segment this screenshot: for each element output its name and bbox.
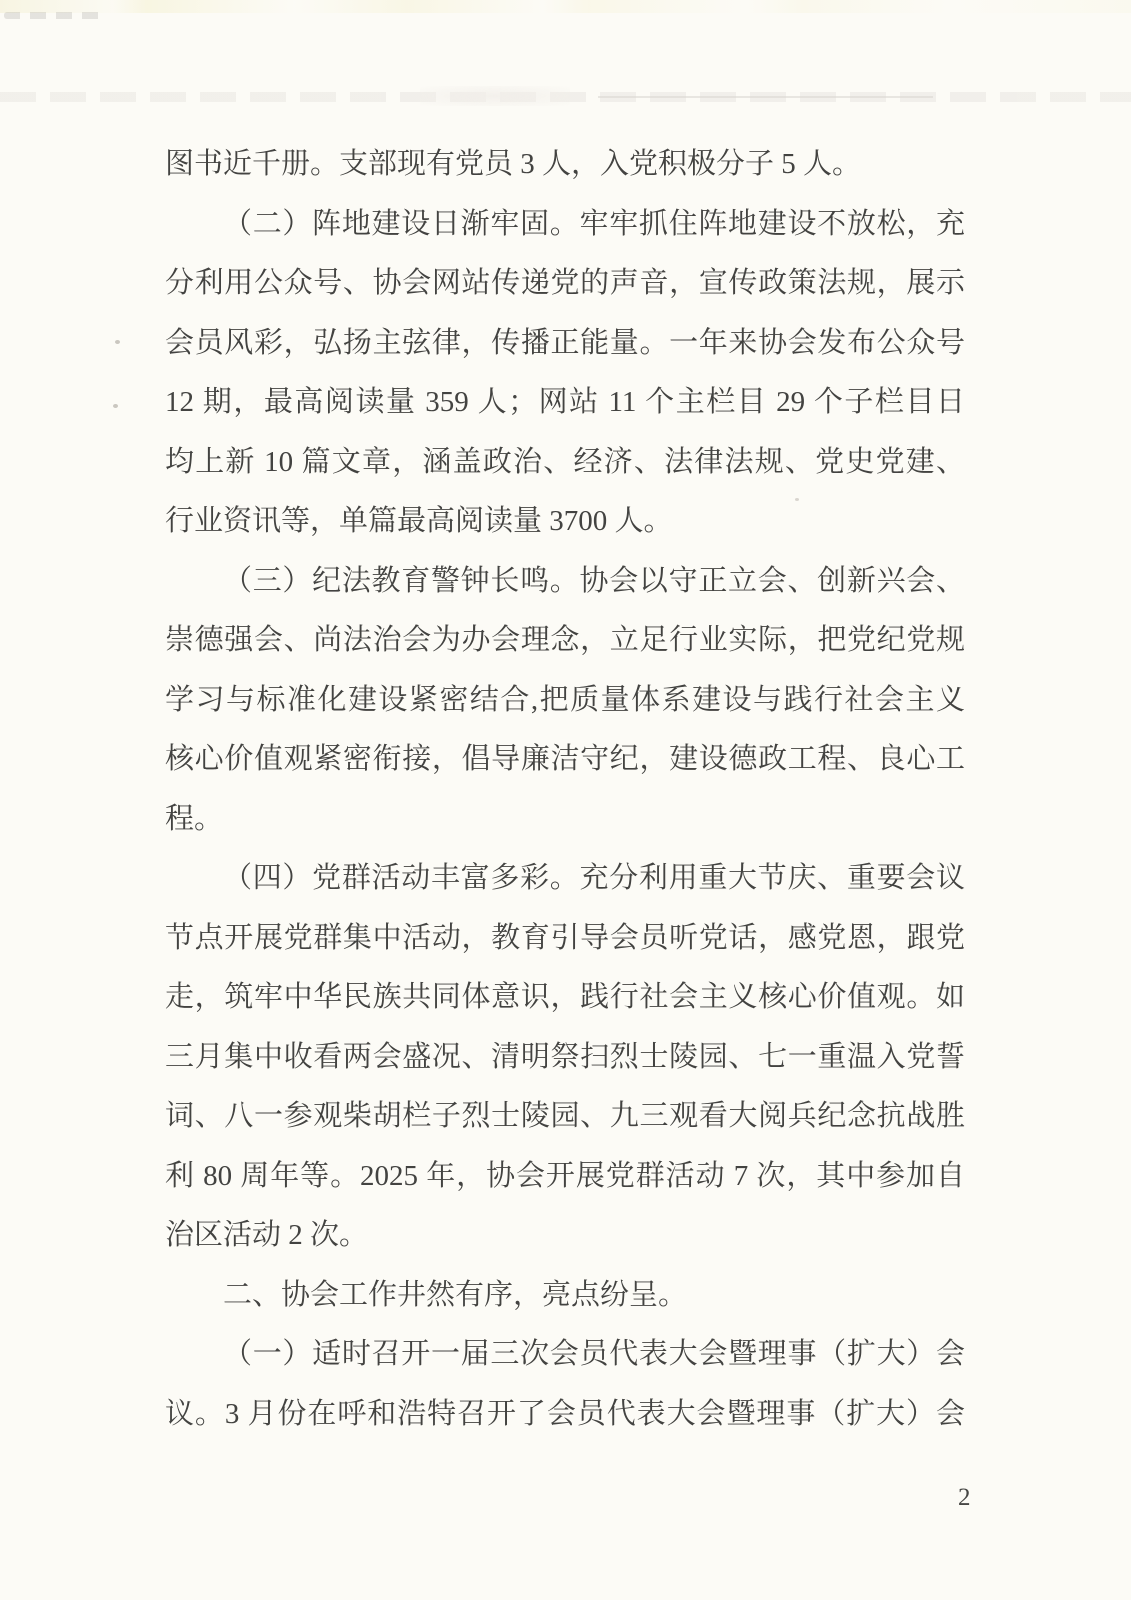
text-line: 程。 — [165, 790, 965, 850]
text-line: （一）适时召开一届三次会员代表大会暨理事（扩大）会 — [165, 1325, 965, 1385]
text-line: （四）党群活动丰富多彩。充分利用重大节庆、重要会议 — [165, 849, 965, 909]
text-line: 分利用公众号、协会网站传递党的声音，宣传政策法规，展示 — [165, 254, 965, 314]
text-line: 二、协会工作井然有序，亮点纷呈。 — [165, 1266, 965, 1326]
text-line: 会员风彩，弘扬主弦律，传播正能量。一年来协会发布公众号 — [165, 314, 965, 374]
text-line: 词、八一参观柴胡栏子烈士陵园、九三观看大阅兵纪念抗战胜 — [165, 1087, 965, 1147]
scan-artifact-dash-band — [0, 92, 1131, 102]
text-line: 议。3 月份在呼和浩特召开了会员代表大会暨理事（扩大）会 — [165, 1385, 965, 1445]
scanned-document-page: 图书近千册。支部现有党员 3 人，入党积极分子 5 人。（二）阵地建设日渐牢固。… — [0, 0, 1131, 1600]
text-line: 三月集中收看两会盛况、清明祭扫烈士陵园、七一重温入党誓 — [165, 1028, 965, 1088]
text-line: 图书近千册。支部现有党员 3 人，入党积极分子 5 人。 — [165, 135, 965, 195]
text-line: （三）纪法教育警钟长鸣。协会以守正立会、创新兴会、 — [165, 552, 965, 612]
text-line: 学习与标准化建设紧密结合,把质量体系建设与践行社会主义 — [165, 671, 965, 731]
text-line: 核心价值观紧密衔接，倡导廉洁守纪，建设德政工程、良心工 — [165, 730, 965, 790]
text-line: 崇德强会、尚法治会为办会理念，立足行业实际，把党纪党规 — [165, 611, 965, 671]
text-line: 走，筑牢中华民族共同体意识，践行社会主义核心价值观。如 — [165, 968, 965, 1028]
scan-speck — [115, 340, 120, 344]
text-line: 12 期，最高阅读量 359 人；网站 11 个主栏目 29 个子栏目日 — [165, 373, 965, 433]
text-line: 利 80 周年等。2025 年，协会开展党群活动 7 次，其中参加自 — [165, 1147, 965, 1207]
text-line: 行业资讯等，单篇最高阅读量 3700 人。 — [165, 492, 965, 552]
document-body: 图书近千册。支部现有党员 3 人，入党积极分子 5 人。（二）阵地建设日渐牢固。… — [165, 135, 965, 1444]
text-line: 节点开展党群集中活动，教育引导会员听党话，感党恩，跟党 — [165, 909, 965, 969]
scan-speck — [113, 404, 118, 408]
page-number: 2 — [958, 1484, 971, 1512]
scan-artifact-smudge — [4, 12, 104, 19]
text-line: （二）阵地建设日渐牢固。牢牢抓住阵地建设不放松，充 — [165, 195, 965, 255]
text-line: 治区活动 2 次。 — [165, 1206, 965, 1266]
text-line: 均上新 10 篇文章，涵盖政治、经济、法律法规、党史党建、 — [165, 433, 965, 493]
scan-artifact-top-tint — [0, 0, 1131, 13]
